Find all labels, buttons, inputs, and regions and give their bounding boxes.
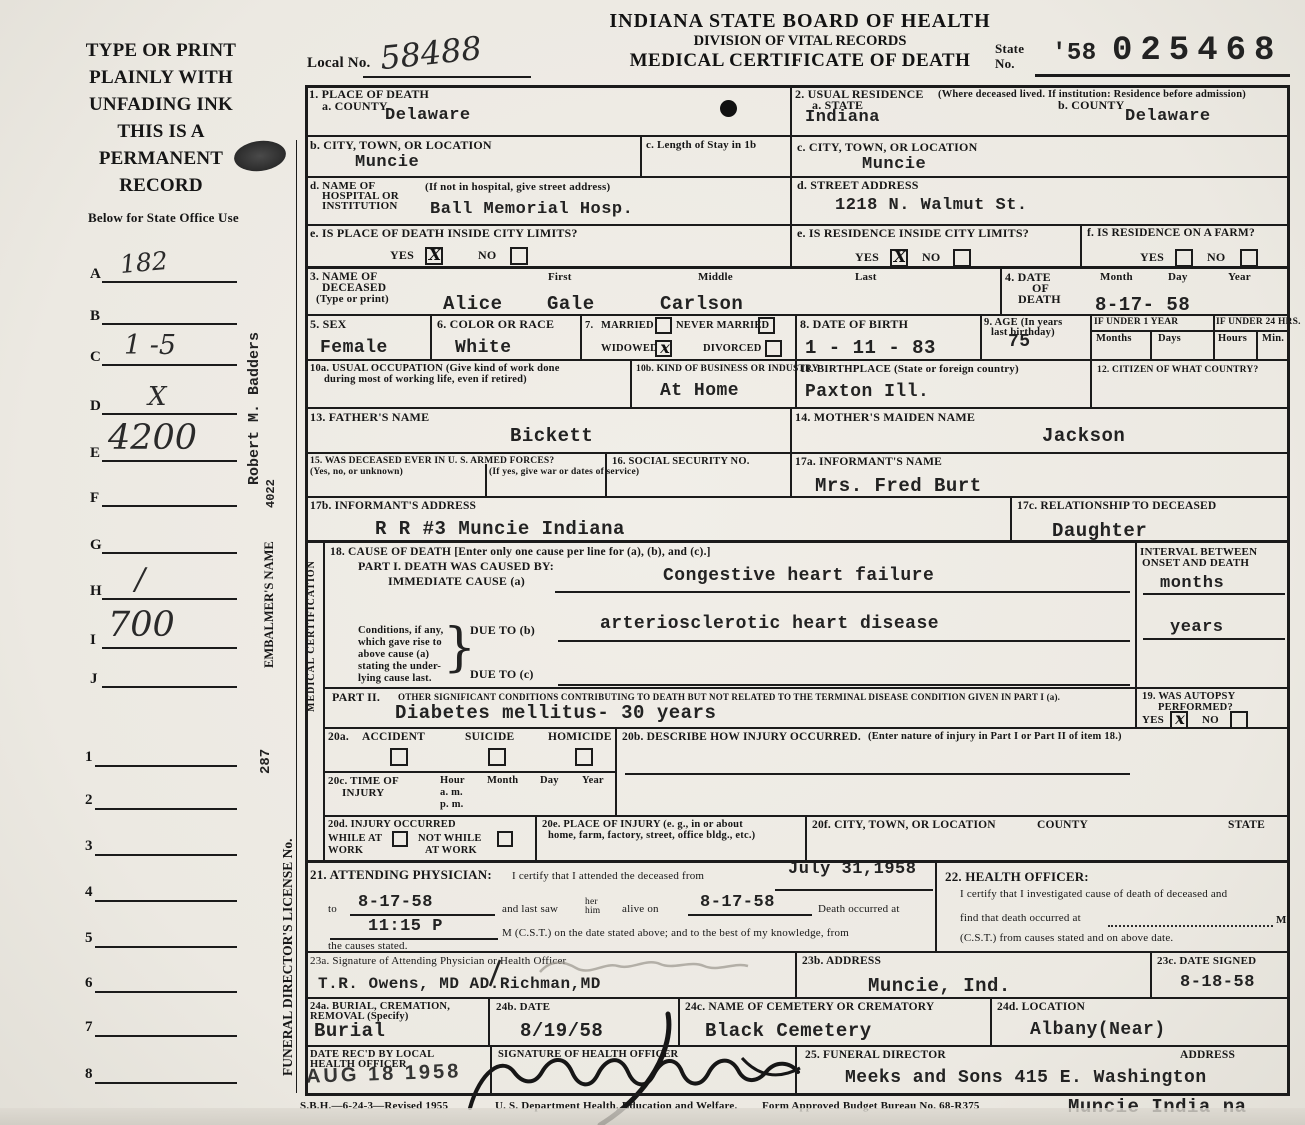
autopsy-label-1: 19. WAS AUTOPSY	[1142, 691, 1235, 703]
grid-line	[1256, 330, 1258, 361]
grid-line	[1000, 266, 1002, 316]
hospital-value: Ball Memorial Hosp.	[430, 200, 633, 219]
burial-value: Burial	[314, 1020, 385, 1042]
signature-cross	[742, 1058, 800, 1075]
describe-injury-note: (Enter nature of injury in Part I or Par…	[868, 731, 1122, 743]
health-officer-label: 22. HEALTH OFFICER:	[945, 870, 1089, 885]
part2-text: OTHER SIGNIFICANT CONDITIONS CONTRIBUTIN…	[398, 692, 1060, 702]
grid-line	[305, 224, 1290, 226]
conditions-label-2: which gave rise to	[358, 637, 442, 649]
conditions-label-5: lying cause last.	[358, 673, 432, 685]
grid-line	[1090, 314, 1092, 409]
grid-line	[580, 314, 582, 361]
form-subtitle: DIVISION OF VITAL RECORDS	[540, 33, 1060, 50]
instruction-line: UNFADING INK	[75, 94, 247, 115]
grid-line	[102, 552, 237, 554]
margin-row-A: A	[90, 266, 101, 283]
time-of-injury-label-2: INJURY	[342, 787, 384, 799]
state-no-value: 025468	[1112, 32, 1282, 70]
grid-line	[790, 407, 792, 454]
injury-city-label: 20f. CITY, TOWN, OR LOCATION	[812, 819, 996, 832]
margin-row-4: 4	[85, 884, 93, 901]
city-label: b. CITY, TOWN, OR LOCATION	[310, 139, 492, 152]
checkmark: X	[428, 245, 442, 264]
conditions-label-3: above cause (a)	[358, 649, 429, 661]
grid-line	[305, 314, 1290, 316]
margin-value-C: 1 -5	[124, 330, 176, 361]
accident-label: ACCIDENT	[362, 731, 425, 744]
grid-line	[630, 359, 632, 409]
checkmark: x	[1173, 709, 1187, 728]
cst-text: M (C.S.T.) on the date stated above; and…	[502, 927, 849, 939]
day-header: Day	[540, 775, 559, 787]
day-header: Day	[1168, 271, 1188, 283]
month-header: Month	[1100, 271, 1133, 283]
birthplace-label: 11. BIRTHPLACE (State or foreign country…	[800, 363, 1019, 375]
residence-county-value: Delaware	[1125, 107, 1211, 126]
armed-forces-label: 15. WAS DECEASED EVER IN U. S. ARMED FOR…	[310, 456, 554, 467]
immediate-cause-value: Congestive heart failure	[663, 566, 934, 586]
grid-line	[305, 860, 1290, 863]
grid-line	[678, 997, 680, 1047]
location-label: 24d. LOCATION	[997, 1001, 1085, 1014]
alive-on-text: alive on	[622, 903, 659, 915]
informant-address-label: 17b. INFORMANT'S ADDRESS	[310, 500, 476, 513]
days-header: Days	[1158, 333, 1181, 345]
grid-line	[323, 727, 1290, 729]
margin-row-6: 6	[85, 975, 93, 992]
grid-line	[1143, 593, 1285, 595]
grid-line	[95, 854, 237, 856]
grid-line	[485, 464, 487, 498]
form-title: INDIANA STATE BOARD OF HEALTH	[540, 10, 1060, 33]
cause-of-death-label: 18. CAUSE OF DEATH [Enter only one cause…	[330, 546, 711, 559]
armed-forces-note-1: (Yes, no, or unknown)	[310, 467, 403, 478]
grid-line	[305, 951, 1290, 953]
grid-line	[488, 997, 490, 1047]
occupation-label-2: during most of working life, even if ret…	[324, 374, 527, 386]
suicide-checkbox	[488, 748, 506, 766]
cemetery-label: 24c. NAME OF CEMETERY OR CREMATORY	[685, 1001, 934, 1014]
never-married-label: NEVER MARRIED	[676, 320, 769, 332]
conditions-label-1: Conditions, if any,	[358, 625, 444, 637]
conditions-label-4: stating the under-	[358, 661, 441, 673]
grid-line	[1213, 314, 1215, 361]
hospital-note: (If not in hospital, give street address…	[425, 181, 610, 193]
margin-value-D: X	[148, 382, 167, 412]
death-occurred-text: Death occurred at	[818, 903, 900, 915]
local-no-label: Local No.	[307, 55, 370, 72]
signature-physician-value: T.R. Owens, MD AD.Richman,MD	[318, 975, 601, 993]
residence-farm-label: f. IS RESIDENCE ON A FARM?	[1087, 227, 1255, 240]
margin-row-1: 1	[85, 749, 93, 766]
grid-line	[102, 686, 237, 688]
death-city-limits-label: e. IS PLACE OF DEATH INSIDE CITY LIMITS?	[310, 227, 578, 240]
first-name-value: Alice	[443, 293, 503, 315]
grid-line	[102, 460, 237, 462]
months-header: Months	[1096, 333, 1132, 345]
injury-occurred-label: 20d. INJURY OCCURRED	[328, 819, 456, 831]
married-label: MARRIED	[601, 320, 654, 332]
margin-row-H: H	[90, 583, 102, 600]
dob-value: 1 - 11 - 83	[805, 337, 936, 359]
location-value: Albany(Near)	[1030, 1020, 1166, 1040]
cst-causes-text: (C.S.T.) from causes stated and on above…	[960, 932, 1173, 944]
state-no-label2: No.	[995, 57, 1015, 72]
divorced-checkbox	[765, 340, 782, 357]
scan-edge-shadow	[0, 1108, 1305, 1125]
death-certificate-scan: TYPE OR PRINT PLAINLY WITH UNFADING INK …	[0, 0, 1305, 1125]
margin-value-A: 182	[119, 246, 169, 279]
instruction-line: TYPE OR PRINT	[75, 40, 247, 61]
grid-line	[305, 1045, 1290, 1047]
homicide-checkbox	[575, 748, 593, 766]
checkmark: x	[658, 338, 672, 357]
suicide-label: SUICIDE	[465, 731, 514, 744]
grid-line	[1135, 540, 1137, 689]
margin-row-8: 8	[85, 1066, 93, 1083]
grid-line	[95, 991, 237, 993]
margin-row-J: J	[90, 671, 98, 688]
to-label: to	[328, 903, 337, 915]
father-name-label: 13. FATHER'S NAME	[310, 411, 429, 424]
accident-num: 20a.	[328, 731, 349, 744]
married-checkbox	[655, 317, 672, 334]
margin-value-H: /	[135, 562, 145, 597]
grid-line	[1090, 330, 1290, 332]
grid-line	[102, 281, 237, 283]
grid-line	[795, 951, 797, 999]
grid-line	[1080, 224, 1082, 268]
margin-row-5: 5	[85, 930, 93, 947]
residence-city-label: c. CITY, TOWN, OR LOCATION	[797, 141, 977, 154]
street-address-value: 1218 N. Walmut St.	[835, 196, 1028, 215]
grid-line	[1150, 951, 1152, 999]
death-city-limits-no-checkbox	[510, 247, 528, 265]
hour-header: Hour	[440, 775, 465, 787]
instruction-line: RECORD	[75, 175, 247, 196]
not-while-label: NOT WHILE	[418, 833, 482, 845]
funeral-director-value: Meeks and Sons 415 E. Washington	[845, 1068, 1207, 1088]
grid-line	[323, 771, 615, 773]
father-name-value: Bickett	[510, 425, 593, 447]
last-name-header: Last	[855, 271, 877, 283]
relationship-label: 17c. RELATIONSHIP TO DECEASED	[1017, 500, 1216, 513]
city-value: Muncie	[355, 153, 419, 172]
middle-name-header: Middle	[698, 271, 733, 283]
age-value: 75	[1008, 332, 1031, 352]
instruction-line: PERMANENT	[75, 148, 247, 169]
grid-line	[795, 314, 797, 361]
grid-line	[95, 946, 237, 948]
part2-label: PART II.	[332, 691, 380, 704]
time-of-injury-label-1: 20c. TIME OF	[328, 775, 399, 787]
grid-line	[305, 135, 1290, 137]
date-signed-label: 23c. DATE SIGNED	[1157, 955, 1256, 967]
grid-line	[102, 323, 237, 325]
mother-name-value: Jackson	[1042, 425, 1125, 447]
grid-line	[305, 407, 1290, 409]
signature-physician-label: 23a. Signature of Attending Physician or…	[310, 955, 566, 967]
grid-line	[305, 997, 1290, 999]
grid-line	[350, 914, 495, 916]
residence-farm-no-checkbox	[1240, 249, 1258, 267]
grid-line	[95, 765, 237, 767]
grid-line	[990, 997, 992, 1047]
death-time-value: 11:15 P	[368, 917, 443, 936]
grid-line	[490, 1045, 492, 1095]
due-to-b-value: arteriosclerotic heart disease	[600, 614, 939, 634]
place-of-injury-label-1: 20e. PLACE OF INJURY (e. g., in or about	[542, 819, 743, 831]
hours-header: Hours	[1218, 333, 1247, 345]
funeral-license-label: FUNERAL DIRECTOR'S LICENSE No.	[280, 716, 296, 1076]
injury-county-header: COUNTY	[1037, 819, 1088, 832]
grid-line	[323, 687, 1290, 689]
last-name-value: Carlson	[660, 293, 743, 315]
informant-address-value: R R #3 Muncie Indiana	[375, 518, 625, 540]
business-label: 10b. KIND OF BUSINESS OR INDUSTRY	[636, 364, 819, 375]
date-of-death-label-3: DEATH	[1018, 293, 1061, 306]
sex-value: Female	[320, 338, 388, 358]
while-at-work-checkbox	[392, 831, 408, 847]
relationship-value: Daughter	[1052, 520, 1147, 542]
him-label: him	[585, 906, 600, 917]
no-label: NO	[1202, 714, 1219, 726]
no-label: NO	[1207, 251, 1225, 264]
interval-header-2: ONSET AND DEATH	[1142, 557, 1249, 569]
homicide-label: HOMICIDE	[548, 731, 612, 744]
residence-city-limits-yes-checkbox: X	[890, 249, 908, 267]
widowed-label: WIDOWED	[601, 343, 658, 355]
yes-label: YES	[390, 249, 414, 262]
sex-label: 5. SEX	[310, 318, 347, 331]
grid-line	[1150, 330, 1152, 361]
death-city-limits-yes-checkbox: X	[425, 247, 443, 265]
month-header: Month	[487, 775, 518, 787]
occupation-label-1: 10a. USUAL OCCUPATION (Give kind of work…	[310, 363, 560, 375]
middle-name-value: Gale	[547, 293, 595, 315]
dob-label: 8. DATE OF BIRTH	[800, 318, 908, 331]
grid-line	[1035, 74, 1290, 77]
grid-line	[795, 359, 797, 409]
grid-line	[102, 413, 237, 415]
not-while-at-work-checkbox	[497, 831, 513, 847]
grid-line	[980, 314, 982, 361]
mother-name-label: 14. MOTHER'S MAIDEN NAME	[795, 411, 975, 424]
margin-row-7: 7	[85, 1019, 93, 1036]
health-officer-certify-text: I certify that I investigated cause of d…	[960, 888, 1227, 900]
margin-row-I: I	[90, 632, 96, 649]
state-office-use-label: Below for State Office Use	[88, 211, 239, 226]
cemetery-value: Black Cemetery	[705, 1020, 872, 1042]
margin-row-G: G	[90, 537, 102, 554]
injury-state-header: STATE	[1228, 819, 1265, 832]
year-header: Year	[1228, 271, 1251, 283]
yes-label: YES	[1140, 251, 1164, 264]
interval-b-value: years	[1170, 618, 1224, 637]
address-header: ADDRESS	[1180, 1049, 1235, 1062]
grid-line	[805, 815, 807, 862]
grid-line	[555, 591, 1130, 593]
describe-injury-label: 20b. DESCRIBE HOW INJURY OCCURRED.	[622, 731, 861, 744]
ssn-label: 16. SOCIAL SECURITY NO.	[612, 456, 750, 468]
margin-row-F: F	[90, 490, 99, 507]
grid-line	[790, 452, 792, 498]
grid-line	[605, 452, 607, 498]
checkmark: X	[893, 247, 907, 266]
year-header: Year	[582, 775, 604, 787]
residence-city-value: Muncie	[862, 155, 926, 174]
last-saw-text: and last saw	[502, 903, 558, 915]
grid-line	[305, 1093, 1290, 1096]
grid-line	[95, 808, 237, 810]
accident-checkbox	[390, 748, 408, 766]
place-of-injury-label-2: home, farm, factory, street, office bldg…	[548, 830, 755, 842]
grid-line	[305, 85, 1290, 88]
residence-city-limits-no-checkbox	[953, 249, 971, 267]
residence-city-limits-label: e. IS RESIDENCE INSIDE CITY LIMITS?	[797, 227, 1029, 240]
business-value: At Home	[660, 381, 739, 401]
grid-line	[296, 140, 297, 1093]
grid-line	[102, 505, 237, 507]
address-23b-value: Muncie, Ind.	[868, 975, 1011, 997]
under-1-year-header: IF UNDER 1 YEAR	[1094, 317, 1178, 328]
embalmer-license-number: 4022	[264, 462, 278, 508]
faint-handwriting-scribble	[540, 962, 748, 972]
margin-row-2: 2	[85, 792, 93, 809]
street-address-label: d. STREET ADDRESS	[797, 179, 919, 192]
no-label: NO	[922, 251, 940, 264]
informant-name-value: Mrs. Fred Burt	[815, 475, 982, 497]
grid-line	[935, 860, 937, 953]
grid-line	[535, 815, 537, 862]
grid-line	[95, 1082, 237, 1084]
armed-forces-note-2: (If yes, give war or dates of service)	[489, 467, 639, 478]
grid-line	[558, 640, 1130, 642]
grid-line	[640, 135, 642, 178]
grid-line	[795, 1045, 797, 1095]
m-label: M	[1276, 914, 1287, 926]
instruction-line: PLAINLY WITH	[75, 67, 247, 88]
grid-line	[95, 1035, 237, 1037]
due-to-c-label: DUE TO (c)	[470, 668, 534, 681]
grid-line	[305, 540, 1290, 543]
part1-label: PART I. DEATH WAS CAUSED BY:	[358, 560, 554, 573]
residence-state-value: Indiana	[805, 108, 880, 127]
state-no-prefix: '58	[1052, 40, 1097, 67]
race-label: 6. COLOR OR RACE	[437, 318, 554, 331]
min-header: Min.	[1262, 333, 1284, 345]
county-label: a. COUNTY	[322, 100, 388, 113]
grid-line	[790, 85, 792, 268]
first-name-header: First	[548, 271, 572, 283]
grid-line	[558, 684, 1130, 686]
state-no-label: State	[995, 42, 1024, 57]
yes-label: YES	[1142, 714, 1164, 726]
birthplace-value: Paxton Ill.	[805, 382, 929, 402]
burial-date-value: 8/19/58	[520, 1020, 603, 1042]
attended-to-value: 8-17-58	[358, 893, 433, 912]
occurred-at-text: find that death occurred at	[960, 912, 1081, 924]
margin-value-I: 700	[108, 605, 175, 645]
grid-line	[305, 85, 308, 1096]
am-label: a. m.	[440, 787, 463, 799]
grid-line	[102, 647, 237, 649]
name-deceased-label-3: (Type or print)	[316, 293, 389, 305]
grid-line	[775, 889, 933, 891]
grid-line	[1135, 687, 1137, 729]
grid-line	[330, 938, 498, 940]
residence-county-label: b. COUNTY	[1058, 99, 1124, 112]
part2-value: Diabetes mellitus- 30 years	[395, 702, 716, 724]
while-at-label: WHILE AT	[328, 833, 382, 845]
address-23b-label: 23b. ADDRESS	[802, 955, 881, 968]
ink-dot	[720, 100, 737, 117]
grid-line	[363, 76, 531, 78]
never-married-checkbox	[758, 317, 775, 334]
margin-row-B: B	[90, 308, 100, 325]
grid-line	[305, 266, 1290, 269]
pm-label: p. m.	[440, 799, 463, 811]
citizen-label: 12. CITIZEN OF WHAT COUNTRY?	[1097, 365, 1258, 376]
attending-physician-label: 21. ATTENDING PHYSICIAN:	[310, 868, 492, 883]
grid-line	[305, 176, 1290, 178]
divorced-label: DIVORCED	[703, 343, 762, 355]
county-value: Delaware	[385, 106, 471, 125]
funeral-license-number: 287	[258, 728, 274, 774]
date-of-death-value: 8-17- 58	[1095, 294, 1190, 316]
grid-line	[102, 364, 237, 366]
margin-row-C: C	[90, 349, 101, 366]
widowed-checkbox: x	[655, 340, 672, 357]
grid-line	[305, 359, 1290, 361]
grid-line	[95, 900, 237, 902]
grid-line	[1010, 496, 1012, 542]
no-label: NO	[478, 249, 496, 262]
immediate-cause-label: IMMEDIATE CAUSE (a)	[388, 575, 525, 588]
grid-line	[323, 540, 325, 862]
marital-num: 7.	[585, 320, 593, 332]
dotted-fill-line	[1108, 923, 1273, 927]
grid-line	[615, 727, 617, 817]
instruction-line: THIS IS A	[75, 121, 247, 142]
margin-row-3: 3	[85, 838, 93, 855]
margin-value-E: 4200	[108, 418, 197, 458]
margin-row-E: E	[90, 445, 100, 462]
grid-line	[1143, 638, 1285, 640]
grid-line	[430, 314, 432, 361]
form-subtitle2: MEDICAL CERTIFICATE OF DEATH	[540, 50, 1060, 72]
last-seen-date-value: 8-17-58	[700, 893, 775, 912]
grid-line	[625, 773, 1130, 775]
grid-line	[1287, 85, 1290, 1096]
due-to-b-label: DUE TO (b)	[470, 624, 535, 637]
burial-date-label: 24b. DATE	[496, 1001, 550, 1013]
race-value: White	[455, 338, 512, 358]
signature-health-officer-label: SIGNATURE OF HEALTH OFFICER	[498, 1049, 678, 1061]
residence-farm-yes-checkbox	[1175, 249, 1193, 267]
interval-a-value: months	[1160, 574, 1224, 593]
at-work-label: AT WORK	[425, 845, 477, 857]
date-received-stamp: AUG 18 1958	[306, 1060, 462, 1088]
physician-certify-text: I certify that I attended the deceased f…	[512, 870, 704, 882]
work-label: WORK	[328, 845, 363, 857]
hospital-label-3: INSTITUTION	[322, 200, 398, 212]
grid-line	[102, 598, 237, 600]
yes-label: YES	[855, 251, 879, 264]
date-signed-value: 8-18-58	[1180, 973, 1255, 992]
length-of-stay-label: c. Length of Stay in 1b	[646, 139, 756, 151]
